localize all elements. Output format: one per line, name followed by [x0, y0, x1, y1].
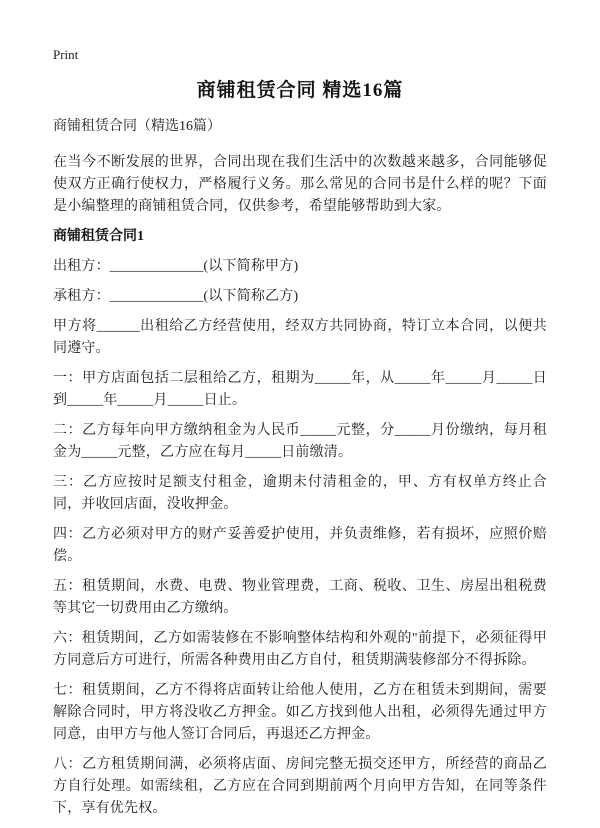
clause-paragraph-3: 三：乙方应按时足额支付租金，逾期未付清租金的，甲、方有权单方终止合同，并收回店面… [53, 472, 547, 516]
intro-paragraph: 在当今不断发展的世界，合同出现在我们生活中的次数越来越多，合同能够促使双方正确行… [53, 152, 547, 218]
print-button[interactable]: Print [53, 47, 78, 63]
page-title: 商铺租赁合同 精选16篇 [53, 80, 547, 102]
clause-paragraph-1: 一：甲方店面包括二层租给乙方，租期为_____年，从_____年_____月__… [53, 368, 547, 412]
clause-paragraph-4: 四：乙方必须对甲方的财产妥善爱护使用，并负责维修，若有损坏，应照价赔偿。 [53, 524, 547, 568]
clause-paragraph-7: 七：租赁期间，乙方不得将店面转让给他人使用，乙方在租赁未到期间，需要解除合同时，… [53, 680, 547, 746]
clause-paragraph-8: 八：乙方租赁期间满，必须将店面、房间完整无损交还甲方，所经营的商品乙方自行处理。… [53, 754, 547, 820]
lessee-party-line: 承租方：_____________(以下简称乙方) [53, 286, 547, 308]
clause-paragraph-5: 五：租赁期间，水费、电费、物业管理费，工商、税收、卫生、房屋出租税费等其它一切费… [53, 576, 547, 620]
clause-paragraph-6: 六：租赁期间，乙方如需装修在不影响整体结构和外观的"前提下，必须征得甲方同意后方… [53, 628, 547, 672]
document-page: Print 商铺租赁合同 精选16篇 商铺租赁合同（精选16篇） 在当今不断发展… [0, 0, 600, 828]
clause-paragraph-2: 二：乙方每年向甲方缴纳租金为人民币_____元整，分_____月份缴纳，每月租金… [53, 420, 547, 464]
preamble-paragraph: 甲方将______出租给乙方经营使用，经双方共同协商，特订立本合同，以便共同遵守… [53, 316, 547, 360]
section-heading: 商铺租赁合同1 [53, 226, 547, 248]
lessor-party-line: 出租方：_____________(以下简称甲方) [53, 256, 547, 278]
document-subtitle: 商铺租赁合同（精选16篇） [53, 116, 547, 138]
